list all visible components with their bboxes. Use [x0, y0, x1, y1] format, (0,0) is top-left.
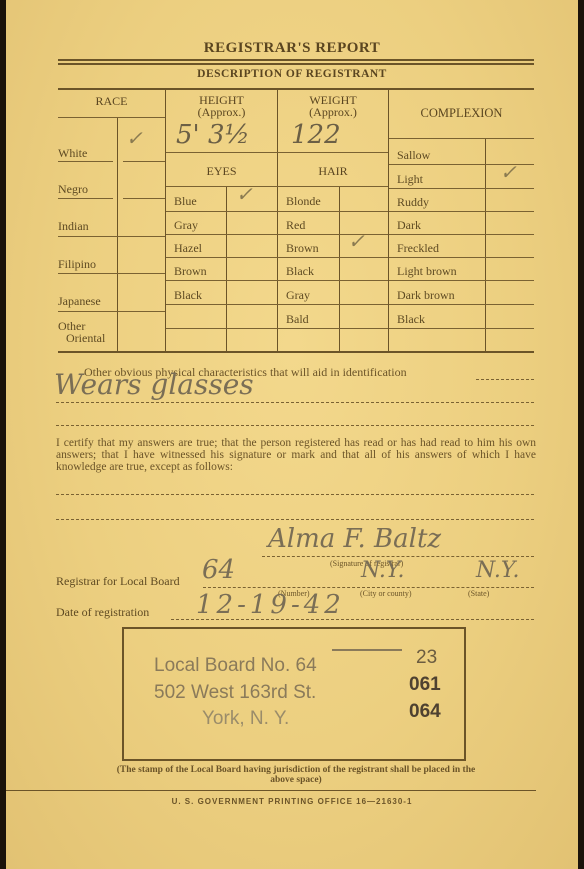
divider	[58, 236, 165, 237]
complexion-label-sallow: Sallow	[397, 148, 430, 163]
complexion-label-black: Black	[397, 312, 425, 327]
dotted-line	[171, 619, 534, 620]
divider	[123, 161, 165, 162]
complexion-check-light[interactable]: ✓	[500, 160, 517, 185]
hair-label-gray: Gray	[286, 288, 310, 303]
divider	[166, 328, 388, 329]
table-bottom-rule	[58, 351, 534, 353]
hair-label-black: Black	[286, 264, 314, 279]
divider	[58, 161, 113, 162]
registrars-report-card: REGISTRAR'S REPORT DESCRIPTION OF REGIST…	[6, 0, 578, 869]
race-header: RACE	[58, 95, 165, 107]
race-label-white: White	[58, 146, 87, 161]
eyes-label-gray: Gray	[174, 218, 198, 233]
race-label-oriental: Oriental	[66, 332, 105, 344]
stamp-number-3: 064	[409, 701, 441, 723]
complexion-label-light-brown: Light brown	[397, 264, 457, 279]
divider	[389, 211, 534, 212]
local-board-state[interactable]: N.Y.	[476, 558, 520, 583]
eyes-label-black: Black	[174, 288, 202, 303]
divider	[166, 186, 388, 187]
complexion-label-dark: Dark	[397, 218, 421, 233]
divider	[58, 198, 113, 199]
local-board-label: Registrar for Local Board	[56, 574, 180, 589]
divider	[389, 304, 534, 305]
race-label-indian: Indian	[58, 219, 89, 234]
stamp-number-2: 061	[409, 674, 441, 696]
title-rule-2	[58, 63, 534, 65]
race-check-white[interactable]: ✓	[126, 126, 143, 151]
eyes-header: EYES	[166, 165, 277, 177]
divider	[166, 257, 388, 258]
divider	[165, 89, 166, 351]
local-board-stamp-box: Local Board No. 64 502 West 163rd St. Yo…	[122, 627, 466, 761]
divider	[58, 117, 165, 118]
title-rule	[58, 59, 534, 61]
divider	[389, 188, 534, 189]
divider	[166, 280, 388, 281]
eyes-label-brown: Brown	[174, 264, 207, 279]
divider	[123, 198, 165, 199]
divider	[389, 257, 534, 258]
date-label: Date of registration	[56, 605, 149, 620]
complexion-header: COMPLEXION	[389, 107, 534, 119]
divider	[58, 311, 165, 312]
divider	[389, 328, 534, 329]
hair-label-bald: Bald	[286, 312, 309, 327]
race-label-japanese: Japanese	[58, 294, 101, 309]
other-characteristics-value[interactable]: Wears glasses	[54, 368, 254, 401]
city-caption: (City or county)	[360, 589, 412, 598]
weight-subheader: (Approx.)	[278, 106, 388, 118]
divider	[389, 138, 534, 139]
complexion-label-freckled: Freckled	[397, 241, 439, 256]
hair-label-red: Red	[286, 218, 305, 233]
eyes-label-hazel: Hazel	[174, 241, 202, 256]
dotted-line	[56, 425, 534, 426]
dotted-line	[56, 402, 534, 403]
local-board-city[interactable]: N.Y.	[361, 558, 405, 583]
state-caption: (State)	[468, 589, 489, 598]
stamp-line-mark	[332, 649, 402, 651]
dotted-line	[476, 379, 534, 380]
document-title: REGISTRAR'S REPORT	[6, 40, 578, 57]
section-subtitle: DESCRIPTION OF REGISTRANT	[6, 68, 578, 80]
divider	[388, 89, 389, 351]
divider	[389, 234, 534, 235]
divider	[117, 118, 118, 351]
footer-rule	[6, 790, 536, 791]
stamp-line-2: 502 West 163rd St.	[154, 682, 316, 704]
divider	[277, 89, 278, 351]
dotted-line	[203, 587, 534, 588]
eyes-check-blue[interactable]: ✓	[236, 182, 253, 207]
divider	[58, 273, 165, 274]
complexion-label-light: Light	[397, 172, 423, 187]
hair-check-brown[interactable]: ✓	[348, 229, 365, 254]
dotted-line	[56, 519, 534, 520]
table-top-rule	[58, 88, 534, 90]
divider	[166, 211, 388, 212]
printing-office-footer: U. S. GOVERNMENT PRINTING OFFICE 16—2163…	[6, 797, 578, 806]
eyes-label-blue: Blue	[174, 194, 197, 209]
divider	[166, 152, 388, 153]
hair-header: HAIR	[278, 165, 388, 177]
dotted-line	[56, 494, 534, 495]
stamp-number-1: 23	[416, 647, 437, 669]
stamp-line-3: York, N. Y.	[202, 708, 289, 730]
registrar-signature[interactable]: Alma F. Baltz	[268, 524, 441, 554]
complexion-label-ruddy: Ruddy	[397, 195, 429, 210]
stamp-note: (The stamp of the Local Board having jur…	[106, 765, 486, 785]
registration-date[interactable]: 12-19-42	[196, 590, 345, 620]
divider	[166, 234, 388, 235]
local-board-number[interactable]: 64	[202, 555, 235, 585]
hair-label-blonde: Blonde	[286, 194, 321, 209]
height-value[interactable]: 5' 3½	[176, 120, 250, 150]
certification-text: I certify that my answers are true; that…	[56, 437, 536, 473]
stamp-line-1: Local Board No. 64	[154, 655, 317, 677]
signature-line	[262, 556, 534, 557]
complexion-label-dark-brown: Dark brown	[397, 288, 455, 303]
race-label-filipino: Filipino	[58, 257, 96, 272]
height-subheader: (Approx.)	[166, 106, 277, 118]
hair-label-brown: Brown	[286, 241, 319, 256]
weight-value[interactable]: 122	[291, 120, 341, 150]
race-label-negro: Negro	[58, 182, 88, 197]
divider	[389, 280, 534, 281]
divider	[166, 304, 388, 305]
divider	[485, 139, 486, 351]
